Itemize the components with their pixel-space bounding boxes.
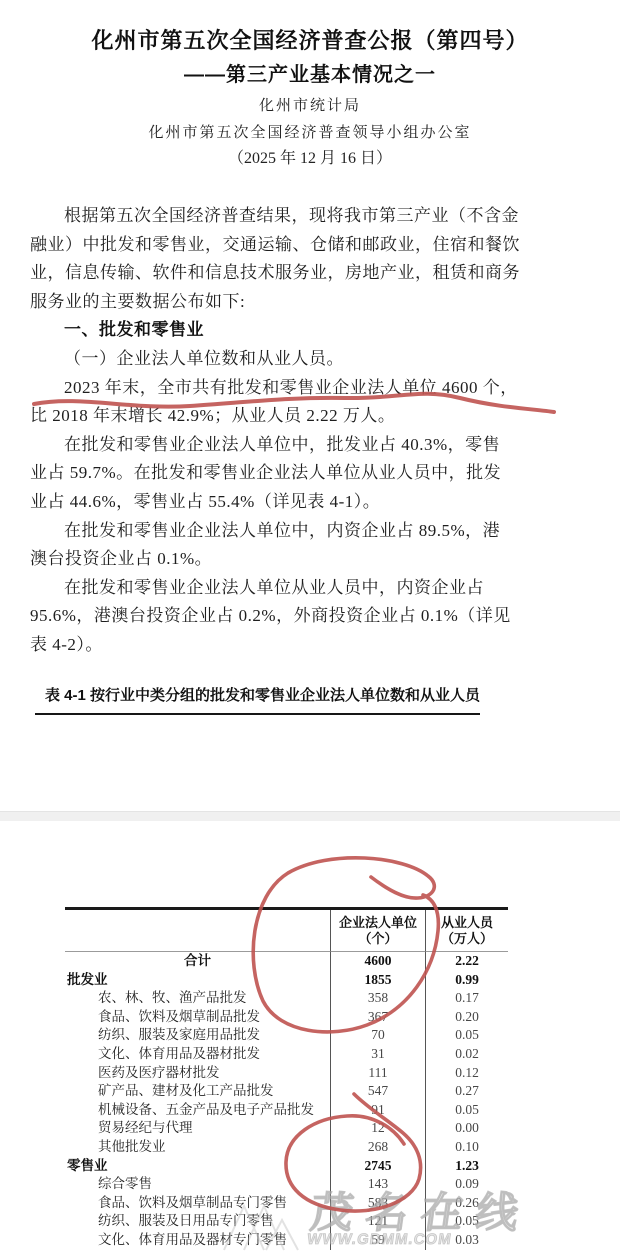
table-row-employees-value: 0.09 [425, 1175, 508, 1194]
table-row-label: 纺织、服装及日用品专门零售 [65, 1212, 330, 1231]
table-row-label: 文化、体育用品及器材批发 [65, 1045, 330, 1064]
table-row-label: 食品、饮料及烟草制品批发 [65, 1008, 330, 1027]
table-row-units-value: 547 [330, 1082, 425, 1101]
page-title: 化州市第五次全国经济普查公报（第四号） [0, 26, 620, 56]
table-row-units-value: 31 [330, 1045, 425, 1064]
table-row-employees-value: 0.05 [425, 1101, 508, 1120]
paragraph-line: 2023 年末，全市共有批发和零售业企业法人单位 4600 个， [30, 374, 590, 403]
table-row-units-value: 70 [330, 1026, 425, 1045]
table-row-units-value: 2745 [330, 1157, 425, 1176]
paragraph-line: 业，信息传输、软件和信息技术服务业，房地产业，租赁和商务 [30, 259, 590, 288]
org-line-2: 化州市第五次全国经济普查领导小组办公室 [0, 124, 620, 142]
table-row-units-value: 12 [330, 1119, 425, 1138]
table-row-units-value: 358 [330, 989, 425, 1008]
gray-divider-band [0, 811, 620, 821]
section-heading: 一、批发和零售业 [30, 316, 590, 345]
table-row-units-value: 91 [330, 1101, 425, 1120]
table-row-employees-value: 0.03 [425, 1231, 508, 1250]
table-row-label: 其他批发业 [65, 1138, 330, 1157]
table-title: 表 4-1 按行业中类分组的批发和零售业企业法人单位数和从业人员 [45, 686, 620, 706]
table-row-employees-value: 0.99 [425, 971, 508, 990]
table-row-employees-value: 2.22 [425, 952, 508, 971]
paragraph-line: 表 4-2）。 [30, 631, 590, 660]
paragraph-line: 业占 59.7%。在批发和零售业企业法人单位从业人员中，批发 [30, 459, 590, 488]
paragraph-line: 在批发和零售业企业法人单位中，批发业占 40.3%，零售 [30, 431, 590, 460]
document-page: 化州市第五次全国经济普查公报（第四号） ——第三产业基本情况之一 化州市统计局 … [0, 0, 620, 1256]
col-header-industry [65, 910, 330, 952]
paragraph-line: 融业）中批发和零售业，交通运输、仓储和邮政业，住宿和餐饮 [30, 231, 590, 260]
col-header-units-line2: （个） [331, 931, 425, 947]
date-line: （2025 年 12 月 16 日） [0, 149, 620, 168]
col-header-employees-line2: （万人） [426, 931, 508, 947]
table-row-units-value: 143 [330, 1175, 425, 1194]
table-row-employees-value: 0.17 [425, 989, 508, 1008]
table-row-employees-value: 0.27 [425, 1082, 508, 1101]
table-row-label: 食品、饮料及烟草制品专门零售 [65, 1194, 330, 1213]
table-row-employees-value: 0.26 [425, 1194, 508, 1213]
table-row-units-value: 111 [330, 1064, 425, 1083]
paragraph-line: 服务业的主要数据公布如下: [30, 288, 590, 317]
sub-heading: （一）企业法人单位数和从业人员。 [30, 345, 590, 374]
paragraph-line: 在批发和零售业企业法人单位从业人员中，内资企业占 [30, 574, 590, 603]
table-row-employees-value: 0.12 [425, 1064, 508, 1083]
paragraph-line: 根据第五次全国经济普查结果，现将我市第三产业（不含金 [30, 202, 590, 231]
table-row-label: 合计 [65, 952, 330, 971]
table-row-employees-value: 0.00 [425, 1119, 508, 1138]
table-row-label: 综合零售 [65, 1175, 330, 1194]
table-row-label: 文化、体育用品及器材专门零售 [65, 1231, 330, 1250]
table-row-label: 零售业 [65, 1157, 330, 1176]
paragraph-line: 业占 44.6%，零售业占 55.4%（详见表 4-1）。 [30, 488, 590, 517]
col-header-employees-line1: 从业人员 [426, 915, 508, 931]
table-row-employees-value: 1.23 [425, 1157, 508, 1176]
table-row-employees-value: 0.05 [425, 1212, 508, 1231]
col-header-units: 企业法人单位 （个） [330, 910, 425, 952]
table-row-label: 贸易经纪与代理 [65, 1119, 330, 1138]
table-row-units-value: 1855 [330, 971, 425, 990]
table-row-units-value: 4600 [330, 952, 425, 971]
table-row-label: 医药及医疗器材批发 [65, 1064, 330, 1083]
table-row-label: 农、林、牧、渔产品批发 [65, 989, 330, 1008]
table: 企业法人单位 （个） 从业人员 （万人） 合计46002.22批发业18550.… [65, 907, 508, 1250]
table-row-units-value: 583 [330, 1194, 425, 1213]
table-row-employees-value: 0.10 [425, 1138, 508, 1157]
table-row-units-value: 367 [330, 1008, 425, 1027]
document-body: 根据第五次全国经济普查结果，现将我市第三产业（不含金 融业）中批发和零售业，交通… [0, 202, 590, 660]
table-row-employees-value: 0.05 [425, 1026, 508, 1045]
col-header-employees: 从业人员 （万人） [425, 910, 508, 952]
table-title-rule [35, 713, 480, 715]
table-row-label: 纺织、服装及家庭用品批发 [65, 1026, 330, 1045]
table-row-label: 批发业 [65, 971, 330, 990]
col-header-units-line1: 企业法人单位 [331, 915, 425, 931]
page-subtitle: ——第三产业基本情况之一 [0, 61, 620, 89]
paragraph-line: 澳台投资企业占 0.1%。 [30, 545, 590, 574]
table-row-label: 机械设备、五金产品及电子产品批发 [65, 1101, 330, 1120]
table-row-units-value: 268 [330, 1138, 425, 1157]
paragraph-line: 在批发和零售业企业法人单位中，内资企业占 89.5%，港 [30, 517, 590, 546]
paragraph-line: 比 2018 年末增长 42.9%；从业人员 2.22 万人。 [30, 402, 590, 431]
table-row-units-value: 59 [330, 1231, 425, 1250]
document-header: 化州市第五次全国经济普查公报（第四号） ——第三产业基本情况之一 化州市统计局 … [0, 0, 620, 168]
table-row-employees-value: 0.02 [425, 1045, 508, 1064]
org-line-1: 化州市统计局 [0, 97, 620, 115]
table-row-employees-value: 0.20 [425, 1008, 508, 1027]
table-row-units-value: 121 [330, 1212, 425, 1231]
paragraph-line: 95.6%，港澳台投资企业占 0.2%，外商投资企业占 0.1%（详见 [30, 602, 590, 631]
table-row-label: 矿产品、建材及化工产品批发 [65, 1082, 330, 1101]
